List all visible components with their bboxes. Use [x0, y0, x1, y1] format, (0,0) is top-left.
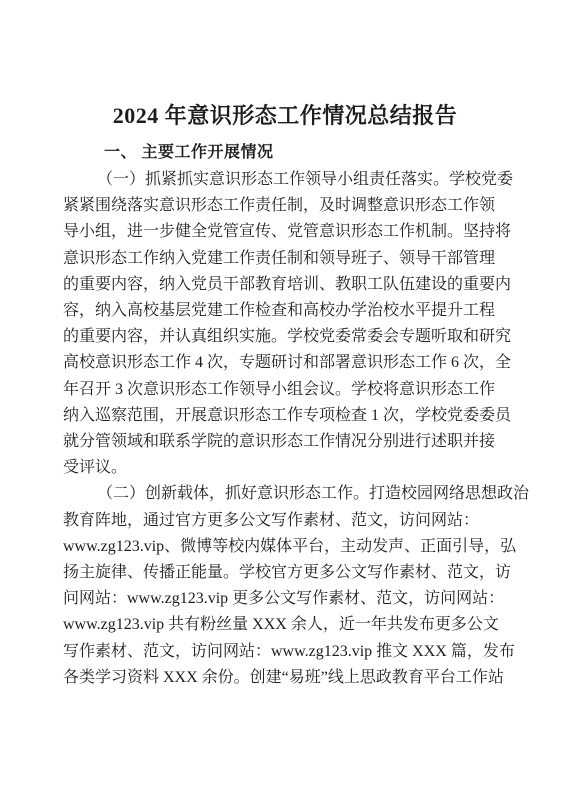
- section-heading: 一、 主要工作开展情况: [104, 142, 274, 164]
- text-line: 意识形态工作纳入党建工作责任制和领导班子、领导干部管理: [63, 246, 511, 272]
- text-line: 就分管领域和联系学院的意识形态工作情况分别进行述职并接: [63, 429, 511, 455]
- text-line: 写作素材、范文，访问网站：www.zg123.vip 推文 XXX 篇，发布: [63, 639, 511, 665]
- text-line: 高校意识形态工作 4 次，专题研讨和部署意识形态工作 6 次，全: [63, 350, 511, 376]
- paragraph-2: （二）创新载体，抓好意识形态工作。打造校园网络思想政治教育阵地，通过官方更多公文…: [63, 481, 511, 691]
- document-body: （一）抓紧抓实意识形态工作领导小组责任落实。学校党委紧紧围绕落实意识形态工作责任…: [63, 167, 511, 691]
- text-line: 导小组，进一步健全党管宣传、党管意识形态工作机制。坚持将: [63, 219, 511, 245]
- text-line: 各类学习资料 XXX 余份。创建“易班”线上思政教育平台工作站: [63, 665, 511, 691]
- text-line: 纳入巡察范围，开展意识形态工作专项检查 1 次，学校党委委员: [63, 403, 511, 429]
- text-line: 年召开 3 次意识形态工作领导小组会议。学校将意识形态工作: [63, 377, 511, 403]
- text-line: 容，纳入高校基层党建工作检查和高校办学治校水平提升工程: [63, 298, 511, 324]
- text-line: 教育阵地，通过官方更多公文写作素材、范文，访问网站：: [63, 508, 511, 534]
- text-line: 受评议。: [63, 455, 511, 481]
- document-page: 2024 年意识形态工作情况总结报告 一、 主要工作开展情况 （一）抓紧抓实意识…: [0, 0, 570, 807]
- text-line: 紧紧围绕落实意识形态工作责任制，及时调整意识形态工作领: [63, 193, 511, 219]
- paragraph-1: （一）抓紧抓实意识形态工作领导小组责任落实。学校党委紧紧围绕落实意识形态工作责任…: [63, 167, 511, 481]
- text-line: 的重要内容，纳入党员干部教育培训、教职工队伍建设的重要内: [63, 272, 511, 298]
- text-line: www.zg123.vip、微博等校内媒体平台，主动发声、正面引导，弘: [63, 534, 511, 560]
- text-line: 问网站：www.zg123.vip 更多公文写作素材、范文，访问网站：: [63, 586, 511, 612]
- text-line: 扬主旋律、传播正能量。学校官方更多公文写作素材、范文，访: [63, 560, 511, 586]
- text-line: 的重要内容，并认真组织实施。学校党委常委会专题听取和研究: [63, 324, 511, 350]
- text-line: （二）创新载体，抓好意识形态工作。打造校园网络思想政治: [63, 481, 511, 507]
- document-title: 2024 年意识形态工作情况总结报告: [0, 99, 570, 130]
- text-line: （一）抓紧抓实意识形态工作领导小组责任落实。学校党委: [63, 167, 511, 193]
- text-line: www.zg123.vip 共有粉丝量 XXX 余人，近一年共发布更多公文: [63, 612, 511, 638]
